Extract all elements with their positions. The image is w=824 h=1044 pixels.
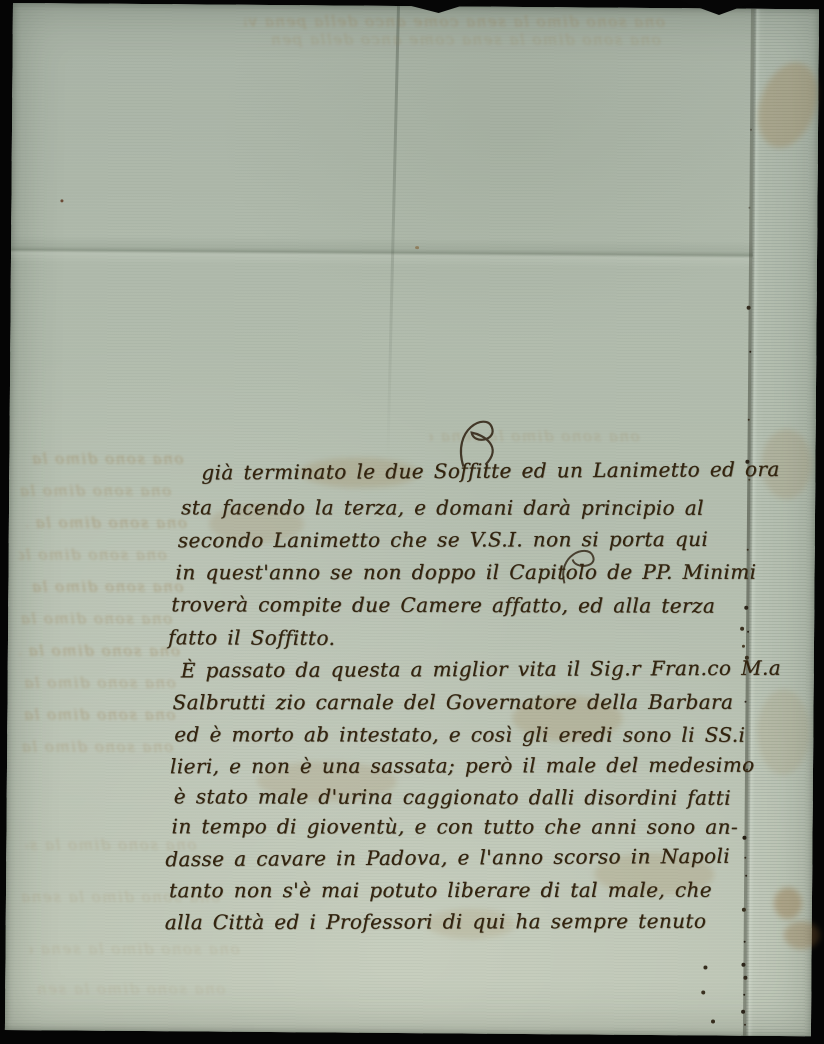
ink-speck <box>742 645 745 648</box>
scan-background: { "page": { "background_color": "#050505… <box>0 0 824 1044</box>
bleedthrough-text-top <box>430 427 640 449</box>
manuscript-line: lieri, e non è una sassata; però il male… <box>170 753 755 779</box>
ink-speckles <box>750 9 752 11</box>
bleedthrough-text-left <box>23 738 173 760</box>
manuscript-line: sta facendo la terza, e domani darà prin… <box>181 495 704 519</box>
manuscript-line: in quest'anno se non doppo il Capitolo d… <box>176 560 757 585</box>
manuscript-line: tanto non s'è mai potuto liberare di tal… <box>169 878 712 902</box>
manuscript-line: troverà compite due Camere affatto, ed a… <box>171 592 715 617</box>
bleedthrough-text-left <box>30 940 240 962</box>
bleedthrough-text-left <box>27 514 187 536</box>
manuscript-line: Salbrutti zio carnale del Governatore de… <box>173 690 734 714</box>
bleedthrough-text-left <box>19 546 167 568</box>
manuscript-line: ed è morto ab intestato, e così gli ered… <box>174 722 745 746</box>
manuscript-line: già terminato le due Soffitte ed un Lani… <box>201 457 780 485</box>
bleedthrough-text-left <box>22 610 172 632</box>
manuscript-line: fatto il Soffitto. <box>168 625 335 650</box>
manuscript-line: è stato male d'urina caggionato dalli di… <box>174 784 731 809</box>
manuscript-line: dasse a cavare in Padova, e l'anno scors… <box>165 844 730 871</box>
ink-speck <box>740 627 744 631</box>
bleedthrough-text-left <box>26 674 176 696</box>
manuscript-line: È passato da questa a miglior vita il Si… <box>181 656 781 683</box>
manuscript-line: alla Città ed i Professori di qui ha sem… <box>165 909 707 934</box>
adjacent-page-strip <box>746 9 819 1036</box>
bleedthrough-text-left <box>25 450 183 472</box>
bleedthrough-text-left <box>19 706 175 728</box>
vertical-crease <box>386 6 400 458</box>
paper-sheet: già terminato le due Soffitte ed un Lani… <box>5 3 819 1036</box>
bleedthrough-text-left <box>20 642 180 664</box>
horizontal-fold-crease <box>11 235 753 269</box>
manuscript-line: in tempo di gioventù, e con tutto che an… <box>172 814 738 838</box>
bleedthrough-text-left <box>21 482 171 504</box>
manuscript-line: secondo Lanimetto che se V.S.I. non si p… <box>178 527 708 552</box>
ink-speck <box>60 199 63 202</box>
bleedthrough-text-left <box>35 980 225 1002</box>
bleedthrough-text-top <box>271 30 661 52</box>
ink-speck <box>415 246 419 249</box>
bleedthrough-text-left <box>28 578 183 600</box>
